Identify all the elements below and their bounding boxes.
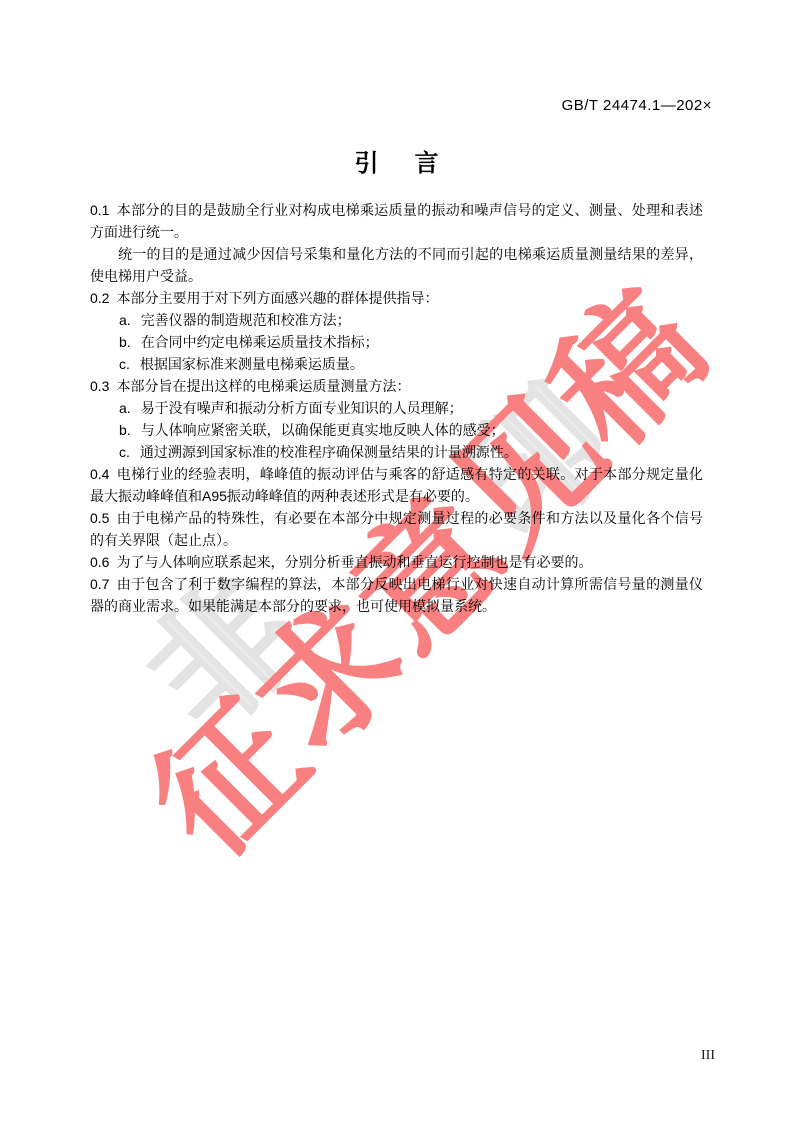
list-item-a: a.易于没有噪声和振动分析方面专业知识的人员理解； bbox=[90, 397, 703, 419]
clause-number: 0.1 bbox=[90, 202, 109, 218]
clause-text: 本部分旨在提出这样的电梯乘运质量测量方法： bbox=[116, 378, 410, 394]
item-text: 与人体响应紧密关联，以确保能更真实地反映人体的感受； bbox=[141, 422, 505, 438]
clause-text: 由于电梯产品的特殊性，有必要在本部分中规定测量过程的必要条件和方法以及量化各个信… bbox=[90, 510, 703, 548]
paragraph-0-4: 0.4电梯行业的经验表明，峰峰值的振动评估与乘客的舒适感有特定的关联。对于本部分… bbox=[90, 463, 703, 507]
clause-text: 电梯行业的经验表明，峰峰值的振动评估与乘客的舒适感有特定的关联。对于本部分规定量… bbox=[90, 466, 703, 504]
item-text: 完善仪器的制造规范和校准方法； bbox=[141, 312, 351, 328]
page-title: 引 言 bbox=[0, 143, 793, 178]
item-label: a. bbox=[119, 400, 131, 416]
paragraph-0-3: 0.3本部分旨在提出这样的电梯乘运质量测量方法： bbox=[90, 375, 703, 397]
list-item-c: c.根据国家标准来测量电梯乘运质量。 bbox=[90, 353, 703, 375]
clause-number: 0.7 bbox=[90, 576, 109, 592]
item-label: b. bbox=[119, 422, 131, 438]
clause-text: 为了与人体响应联系起来，分别分析垂直振动和垂直运行控制也是有必要的。 bbox=[116, 554, 592, 570]
list-item-b: b.在合同中约定电梯乘运质量技术指标； bbox=[90, 331, 703, 353]
item-text: 易于没有噪声和振动分析方面专业知识的人员理解； bbox=[141, 400, 463, 416]
paragraph-0-2: 0.2本部分主要用于对下列方面感兴趣的群体提供指导： bbox=[90, 287, 703, 309]
list-item-a: a.完善仪器的制造规范和校准方法； bbox=[90, 309, 703, 331]
item-text: 在合同中约定电梯乘运质量技术指标； bbox=[141, 334, 379, 350]
clause-number: 0.4 bbox=[90, 466, 109, 482]
clause-text: 由于包含了利于数字编程的算法，本部分反映出电梯行业对快速自动计算所需信号量的测量… bbox=[90, 576, 703, 614]
paragraph-0-5: 0.5由于电梯产品的特殊性，有必要在本部分中规定测量过程的必要条件和方法以及量化… bbox=[90, 507, 703, 551]
standard-document-page: 非印征求意见稿 GB/T 24474.1—202× 引 言 0.1本部分的目的是… bbox=[0, 0, 793, 1122]
item-label: a. bbox=[119, 312, 131, 328]
standard-code: GB/T 24474.1—202× bbox=[562, 97, 712, 114]
page-number: III bbox=[701, 1048, 715, 1064]
paragraph-0-6: 0.6为了与人体响应联系起来，分别分析垂直振动和垂直运行控制也是有必要的。 bbox=[90, 551, 703, 573]
clause-number: 0.2 bbox=[90, 290, 109, 306]
clause-text: 统一的目的是通过减少因信号采集和量化方法的不同而引起的电梯乘运质量测量结果的差异… bbox=[90, 246, 703, 284]
item-text: 根据国家标准来测量电梯乘运质量。 bbox=[140, 356, 364, 372]
draft-watermark-char: 征 bbox=[131, 681, 329, 879]
clause-number: 0.3 bbox=[90, 378, 109, 394]
clause-number: 0.6 bbox=[90, 554, 109, 570]
paragraph-0-1: 0.1本部分的目的是鼓励全行业对构成电梯乘运质量的振动和噪声信号的定义、测量、处… bbox=[90, 199, 703, 243]
item-label: c. bbox=[119, 444, 130, 460]
item-label: b. bbox=[119, 334, 131, 350]
paragraph-0-1-continued: 统一的目的是通过减少因信号采集和量化方法的不同而引起的电梯乘运质量测量结果的差异… bbox=[90, 243, 703, 287]
clause-text: 本部分主要用于对下列方面感兴趣的群体提供指导： bbox=[116, 290, 438, 306]
clause-text: 本部分的目的是鼓励全行业对构成电梯乘运质量的振动和噪声信号的定义、测量、处理和表… bbox=[90, 202, 703, 240]
list-item-c: c.通过溯源到国家标准的校准程序确保测量结果的计量溯源性。 bbox=[90, 441, 703, 463]
item-label: c. bbox=[119, 356, 130, 372]
list-item-b: b.与人体响应紧密关联，以确保能更真实地反映人体的感受； bbox=[90, 419, 703, 441]
document-body: 0.1本部分的目的是鼓励全行业对构成电梯乘运质量的振动和噪声信号的定义、测量、处… bbox=[90, 199, 703, 617]
clause-number: 0.5 bbox=[90, 510, 109, 526]
paragraph-0-7: 0.7由于包含了利于数字编程的算法，本部分反映出电梯行业对快速自动计算所需信号量… bbox=[90, 573, 703, 617]
item-text: 通过溯源到国家标准的校准程序确保测量结果的计量溯源性。 bbox=[140, 444, 518, 460]
